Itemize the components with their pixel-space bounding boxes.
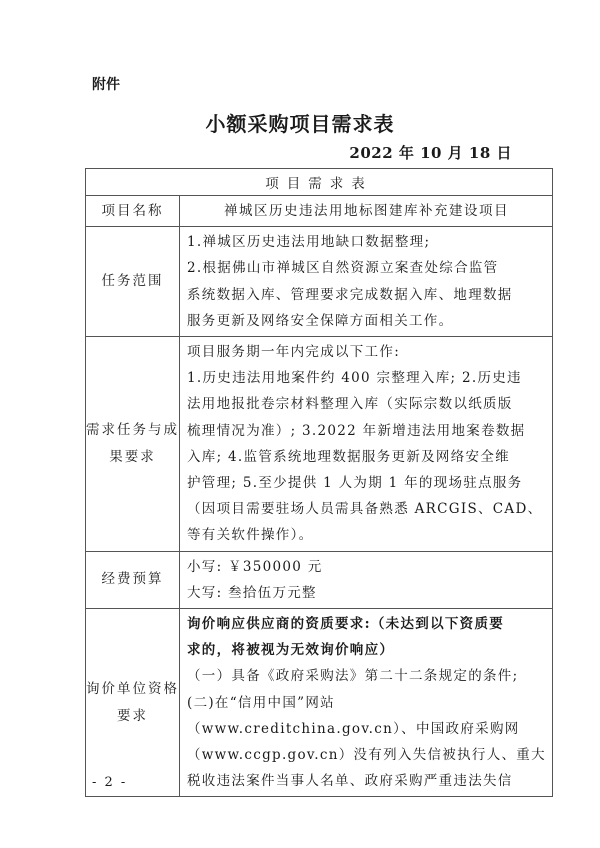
label-line: 询价单位资格 [86, 676, 179, 703]
value-line: 系统数据入库、管理要求完成数据入库、地理数据 [187, 282, 546, 308]
value-line: 梳理情况为准）; 3.2022 年新增违法用地案卷数据 [187, 418, 546, 444]
value-line: 大写: 叁拾伍万元整 [187, 580, 546, 606]
row-value: 项目服务期一年内完成以下工作: 1.历史违法用地案件约 400 宗整理入库; 2… [180, 337, 553, 552]
row-label: 项目名称 [86, 196, 180, 227]
value-line: 小写: ￥350000 元 [187, 554, 546, 580]
value-line: 等有关软件操作）。 [187, 522, 546, 548]
row-label: 询价单位资格 要求 [86, 609, 180, 797]
value-line: （因项目需要驻场人员需具备熟悉 ARCGIS、CAD、 [187, 496, 546, 522]
value-line: 2.根据佛山市禅城区自然资源立案查处综合监管 [187, 255, 546, 281]
table-row-deliverables: 需求任务与成 果要求 项目服务期一年内完成以下工作: 1.历史违法用地案件约 4… [86, 337, 553, 552]
value-line: （www.ccgp.gov.cn）没有列入失信被执行人、重大 [187, 742, 546, 768]
value-line: 禅城区历史违法用地标图建库补充建设项目 [187, 198, 546, 224]
value-line: 项目服务期一年内完成以下工作: [187, 339, 546, 365]
page-number: - 2 - [92, 775, 127, 790]
label-line: 果要求 [86, 444, 179, 471]
value-line: 1.禅城区历史违法用地缺口数据整理; [187, 229, 546, 255]
row-label: 任务范围 [86, 227, 180, 337]
value-line: (二)在“信用中国”网站 [187, 690, 546, 716]
value-line-bold: 求的，将被视为无效询价响应） [187, 637, 546, 663]
attachment-label: 附件 [92, 74, 120, 94]
row-value: 禅城区历史违法用地标图建库补充建设项目 [180, 196, 553, 227]
label-line: 需求任务与成 [86, 417, 179, 444]
table-header: 项目需求表 [86, 169, 553, 196]
table-row-task-scope: 任务范围 1.禅城区历史违法用地缺口数据整理; 2.根据佛山市禅城区自然资源立案… [86, 227, 553, 337]
value-line: （www.creditchina.gov.cn）、中国政府采购网 [187, 716, 546, 742]
table-row-budget: 经费预算 小写: ￥350000 元 大写: 叁拾伍万元整 [86, 551, 553, 608]
row-label: 经费预算 [86, 551, 180, 608]
document-date: 2022 年 10 月 18 日 [349, 142, 512, 163]
row-value: 询价响应供应商的资质要求:（未达到以下资质要 求的，将被视为无效询价响应） （一… [180, 609, 553, 797]
requirements-table: 项目需求表 项目名称 禅城区历史违法用地标图建库补充建设项目 任务范围 1.禅城… [85, 168, 553, 797]
value-line: 税收违法案件当事人名单、政府采购严重违法失信 [187, 768, 546, 794]
table-header-row: 项目需求表 [86, 169, 553, 196]
value-line: 法用地报批卷宗材料整理入库（实际宗数以纸质版 [187, 391, 546, 417]
value-line: 1.历史违法用地案件约 400 宗整理入库; 2.历史违 [187, 365, 546, 391]
row-value: 1.禅城区历史违法用地缺口数据整理; 2.根据佛山市禅城区自然资源立案查处综合监… [180, 227, 553, 337]
value-line-bold: 询价响应供应商的资质要求:（未达到以下资质要 [187, 611, 546, 637]
value-line: 护管理; 5.至少提供 1 人为期 1 年的现场驻点服务 [187, 470, 546, 496]
label-line: 要求 [86, 703, 179, 730]
table-row-qualification: 询价单位资格 要求 询价响应供应商的资质要求:（未达到以下资质要 求的，将被视为… [86, 609, 553, 797]
table-row-project-name: 项目名称 禅城区历史违法用地标图建库补充建设项目 [86, 196, 553, 227]
row-label: 需求任务与成 果要求 [86, 337, 180, 552]
document-title: 小额采购项目需求表 [0, 108, 600, 137]
value-line: 入库; 4.监管系统地理数据服务更新及网络安全维 [187, 444, 546, 470]
value-line: 服务更新及网络安全保障方面相关工作。 [187, 308, 546, 334]
value-line: （一）具备《政府采购法》第二十二条规定的条件; [187, 663, 546, 689]
row-value: 小写: ￥350000 元 大写: 叁拾伍万元整 [180, 551, 553, 608]
